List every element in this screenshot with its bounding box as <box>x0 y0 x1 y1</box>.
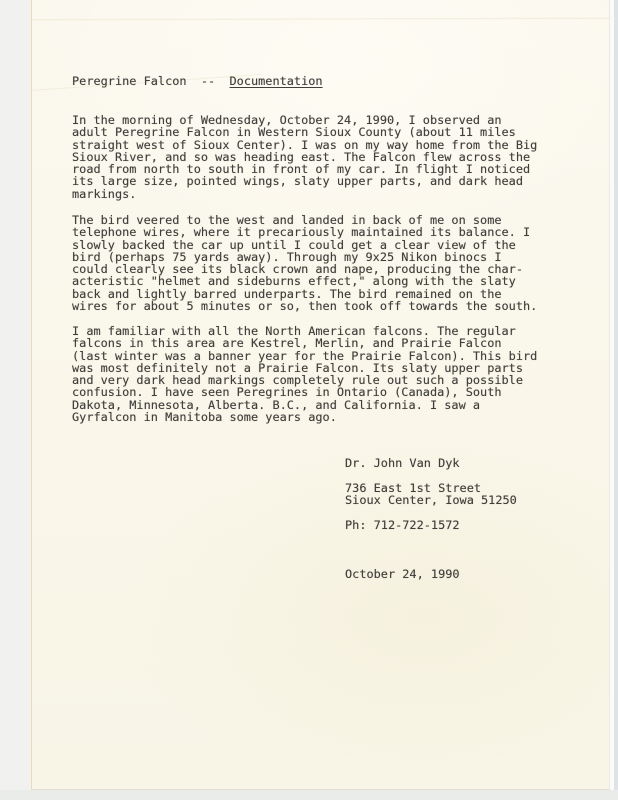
document-title-text: Peregrine Falcon -- <box>72 74 230 88</box>
body-paragraph-3: I am familiar with all the North America… <box>72 325 537 423</box>
signature-address-line2: Sioux Center, Iowa 51250 <box>345 494 517 506</box>
scan-edge-line <box>614 0 618 800</box>
scan-edge-bottom <box>0 790 618 800</box>
document-title: Peregrine Falcon -- Documentation <box>72 75 323 87</box>
document-title-underlined-word: Documentation <box>230 74 323 88</box>
signature-phone: Ph: 712-722-1572 <box>345 519 460 531</box>
signature-name: Dr. John Van Dyk <box>345 457 460 469</box>
body-paragraph-1: In the morning of Wednesday, October 24,… <box>72 114 537 200</box>
body-paragraph-2: The bird veered to the west and landed i… <box>72 214 537 312</box>
signature-date: October 24, 1990 <box>345 568 460 580</box>
scanned-document-view: Peregrine Falcon -- Documentation In the… <box>0 0 618 800</box>
